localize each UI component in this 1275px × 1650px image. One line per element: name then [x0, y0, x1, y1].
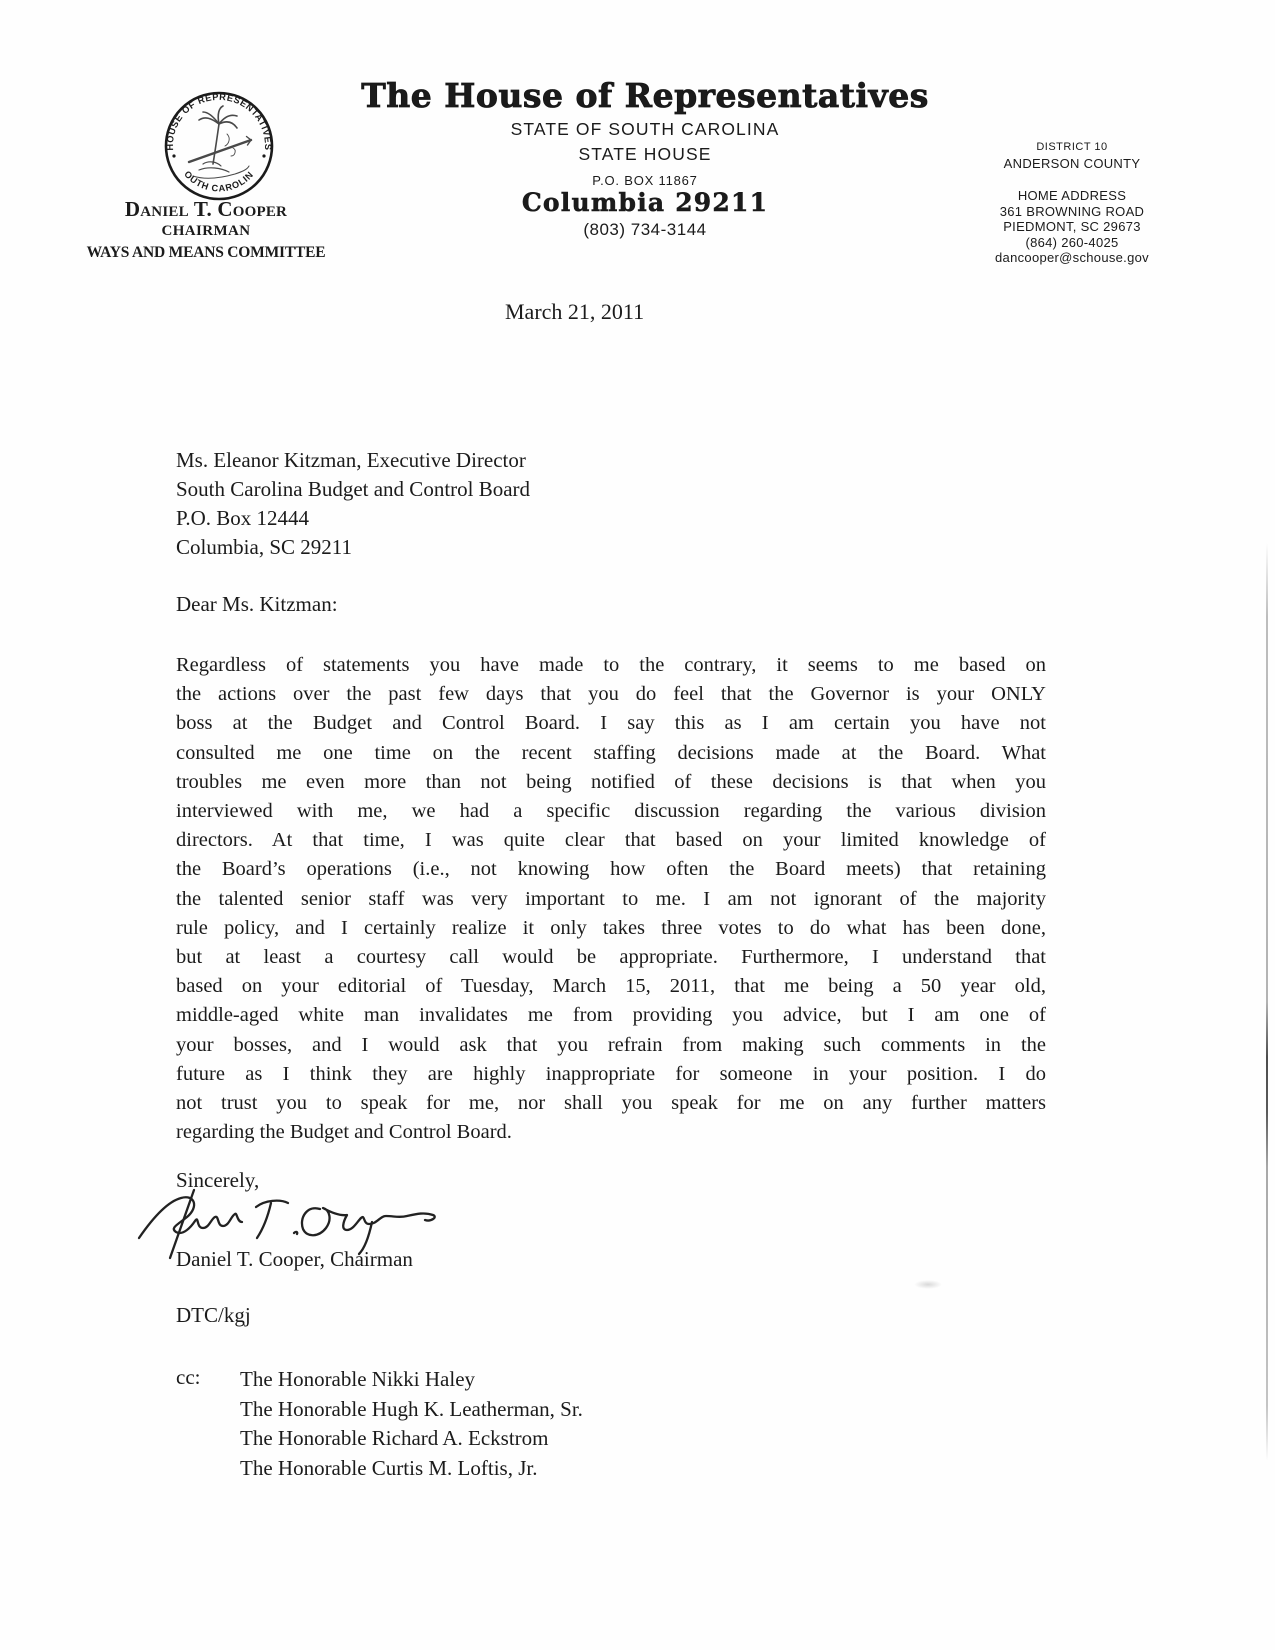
body-text-line: boss at the Budget and Control Board. I … — [176, 709, 1046, 738]
reference-initials: DTC/kgj — [176, 1303, 251, 1328]
masthead-state-line: STATE OF SOUTH CAROLINA — [355, 119, 935, 140]
recipient-address-line: Columbia, SC 29211 — [176, 533, 530, 562]
body-text-line: the talented senior staff was very impor… — [176, 885, 1046, 914]
member-title: CHAIRMAN — [76, 221, 336, 241]
home-address-label: HOME ADDRESS — [957, 188, 1187, 204]
home-phone: (864) 260-4025 — [957, 235, 1187, 251]
letter-body: Regardless of statements you have made t… — [176, 651, 1046, 1147]
body-text-line: interviewed with me, we had a specific d… — [176, 797, 1046, 826]
cc-name: The Honorable Nikki Haley — [240, 1365, 583, 1395]
body-text-line: directors. At that time, I was quite cle… — [176, 826, 1046, 855]
recipient-address-line: South Carolina Budget and Control Board — [176, 475, 530, 504]
recipient-address-block: Ms. Eleanor Kitzman, Executive DirectorS… — [176, 446, 530, 562]
home-address-street: 361 BROWNING ROAD — [957, 204, 1187, 220]
body-text-line: your bosses, and I would ask that you re… — [176, 1031, 1046, 1060]
body-text-line: but at least a courtesy call would be ap… — [176, 943, 1046, 972]
member-identity-block: Daniel T. Cooper CHAIRMAN WAYS AND MEANS… — [76, 199, 336, 263]
cc-name: The Honorable Richard A. Eckstrom — [240, 1424, 583, 1454]
recipient-address-line: Ms. Eleanor Kitzman, Executive Director — [176, 446, 530, 475]
scan-line-artifact — [1266, 543, 1268, 1461]
masthead-city: Columbia 29211 — [355, 188, 935, 217]
body-text-line: future as I think they are highly inappr… — [176, 1060, 1046, 1089]
body-text-line: regarding the Budget and Control Board. — [176, 1118, 1046, 1147]
body-text-line: based on your editorial of Tuesday, Marc… — [176, 972, 1046, 1001]
district-contact-block: DISTRICT 10 ANDERSON COUNTY HOME ADDRESS… — [957, 140, 1187, 266]
letter-date: March 21, 2011 — [505, 299, 644, 325]
district-county: ANDERSON COUNTY — [957, 156, 1187, 172]
body-text-line: consulted me one time on the recent staf… — [176, 739, 1046, 768]
email-address: dancooper@schouse.gov — [957, 250, 1187, 266]
body-text-line: Regardless of statements you have made t… — [176, 651, 1046, 680]
masthead-title: The House of Representatives — [355, 76, 935, 115]
salutation: Dear Ms. Kitzman: — [176, 592, 338, 617]
scan-smudge-artifact — [914, 1280, 942, 1289]
typed-signer-name: Daniel T. Cooper, Chairman — [176, 1247, 413, 1272]
house-of-representatives-seal-icon: HOUSE OF REPRESENTATIVES SOUTH CAROLINA — [163, 90, 275, 202]
body-text-line: rule policy, and I certainly realize it … — [176, 914, 1046, 943]
recipient-address-line: P.O. Box 12444 — [176, 504, 530, 533]
seal-palmetto-art — [189, 106, 251, 178]
cc-label: cc: — [176, 1365, 240, 1483]
scanned-letter-page: HOUSE OF REPRESENTATIVES SOUTH CAROLINA … — [0, 0, 1275, 1650]
body-text-line: the actions over the past few days that … — [176, 680, 1046, 709]
spacer — [957, 171, 1187, 188]
home-address-city: PIEDMONT, SC 29673 — [957, 219, 1187, 235]
member-name: Daniel T. Cooper — [76, 199, 336, 219]
member-committee: WAYS AND MEANS COMMITTEE — [76, 243, 336, 263]
cc-name-list: The Honorable Nikki HaleyThe Honorable H… — [240, 1365, 583, 1483]
cc-name: The Honorable Curtis M. Loftis, Jr. — [240, 1454, 583, 1484]
masthead-phone: (803) 734-3144 — [355, 220, 935, 240]
body-text-line: not trust you to speak for me, nor shall… — [176, 1089, 1046, 1118]
body-text-line: middle-aged white man invalidates me fro… — [176, 1001, 1046, 1030]
cc-block: cc: The Honorable Nikki HaleyThe Honorab… — [176, 1365, 583, 1483]
cc-name: The Honorable Hugh K. Leatherman, Sr. — [240, 1395, 583, 1425]
masthead-house-line: STATE HOUSE — [355, 144, 935, 165]
masthead-po-box: P.O. BOX 11867 — [355, 173, 935, 188]
masthead: The House of Representatives STATE OF SO… — [355, 76, 935, 240]
body-text-line: troubles me even more than not being not… — [176, 768, 1046, 797]
body-text-line: the Board’s operations (i.e., not knowin… — [176, 855, 1046, 884]
district-number: DISTRICT 10 — [957, 140, 1187, 156]
